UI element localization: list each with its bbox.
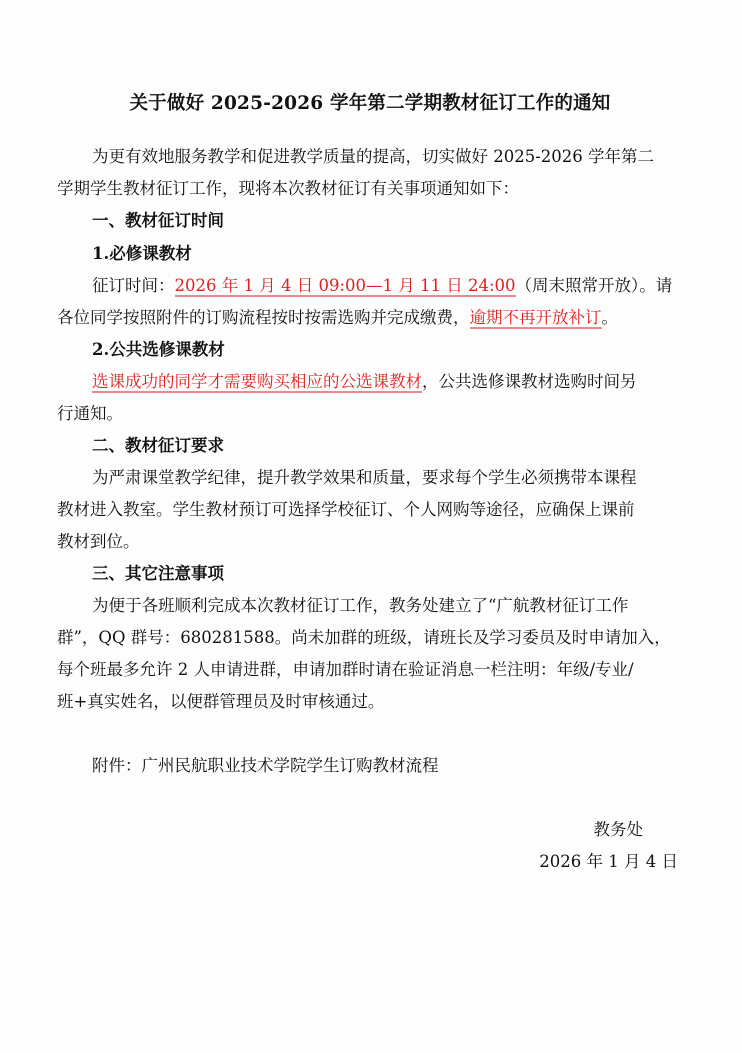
section3-line-2: 群”，QQ 群号：680281588。尚未加群的班级，请班长及学习委员及时申请加…	[57, 627, 671, 649]
intro-line-1: 为更有效地服务教学和促进教学质量的提高，切实做好 2025-2026 学年第二	[92, 146, 654, 168]
section3-heading: 三、其它注意事项	[92, 563, 224, 585]
intro-line-2: 学期学生教材征订工作，现将本次教材征订有关事项通知如下：	[57, 178, 519, 200]
section1-sub2-heading: 2.公共选修课教材	[92, 339, 225, 361]
section2-line-1: 为严肃课堂教学纪律，提升教学效果和质量，要求每个学生必须携带本课程	[92, 467, 637, 489]
signature-department: 教务处	[594, 819, 644, 841]
section3-line-4: 班+真实姓名，以便群管理员及时审核通过。	[57, 691, 384, 713]
section2-line-2: 教材进入教室。学生教材预订可选择学校征订、个人网购等途径，应确保上课前	[57, 499, 635, 521]
section1-heading: 一、教材征订时间	[92, 210, 224, 232]
sub1-line-2: 各位同学按照附件的订购流程按时按需选购并完成缴费，逾期不再开放补订。	[57, 307, 618, 329]
section3-line-3: 每个班最多允许 2 人申请进群，申请加群时请在验证消息一栏注明：年级/专业/	[57, 659, 634, 681]
section2-heading: 二、教材征订要求	[92, 435, 224, 457]
section3-line-1: 为便于各班顺利完成本次教材征订工作，教务处建立了“广航教材征订工作	[92, 595, 628, 617]
elective-highlight: 选课成功的同学才需要购买相应的公选课教材	[92, 372, 422, 393]
sub1-line-2-prefix: 各位同学按照附件的订购流程按时按需选购并完成缴费，	[57, 308, 470, 327]
sub1-line-2-suffix: 。	[602, 308, 619, 327]
sub1-line-1-suffix: （周末照常开放）。请	[516, 276, 673, 295]
sub2-line-2: 行通知。	[57, 403, 123, 425]
no-late-order-highlight: 逾期不再开放补订	[470, 308, 602, 329]
sub1-line-1-prefix: 征订时间：	[92, 276, 175, 295]
attachment-line: 附件：广州民航职业技术学院学生订购教材流程	[92, 755, 439, 777]
document-title: 关于做好 2025-2026 学年第二学期教材征订工作的通知	[57, 89, 683, 115]
ordering-period-highlight: 2026 年 1 月 4 日 09:00—1 月 11 日 24:00	[175, 276, 516, 297]
sub1-line-1: 征订时间：2026 年 1 月 4 日 09:00—1 月 11 日 24:00…	[92, 275, 672, 297]
signature-date: 2026 年 1 月 4 日	[539, 851, 678, 873]
sub2-line-1-suffix: ，公共选修课教材选购时间另	[422, 372, 637, 391]
section1-sub1-heading: 1.必修课教材	[92, 243, 192, 265]
sub2-line-1: 选课成功的同学才需要购买相应的公选课教材，公共选修课教材选购时间另	[92, 371, 637, 393]
section2-line-3: 教材到位。	[57, 531, 140, 553]
